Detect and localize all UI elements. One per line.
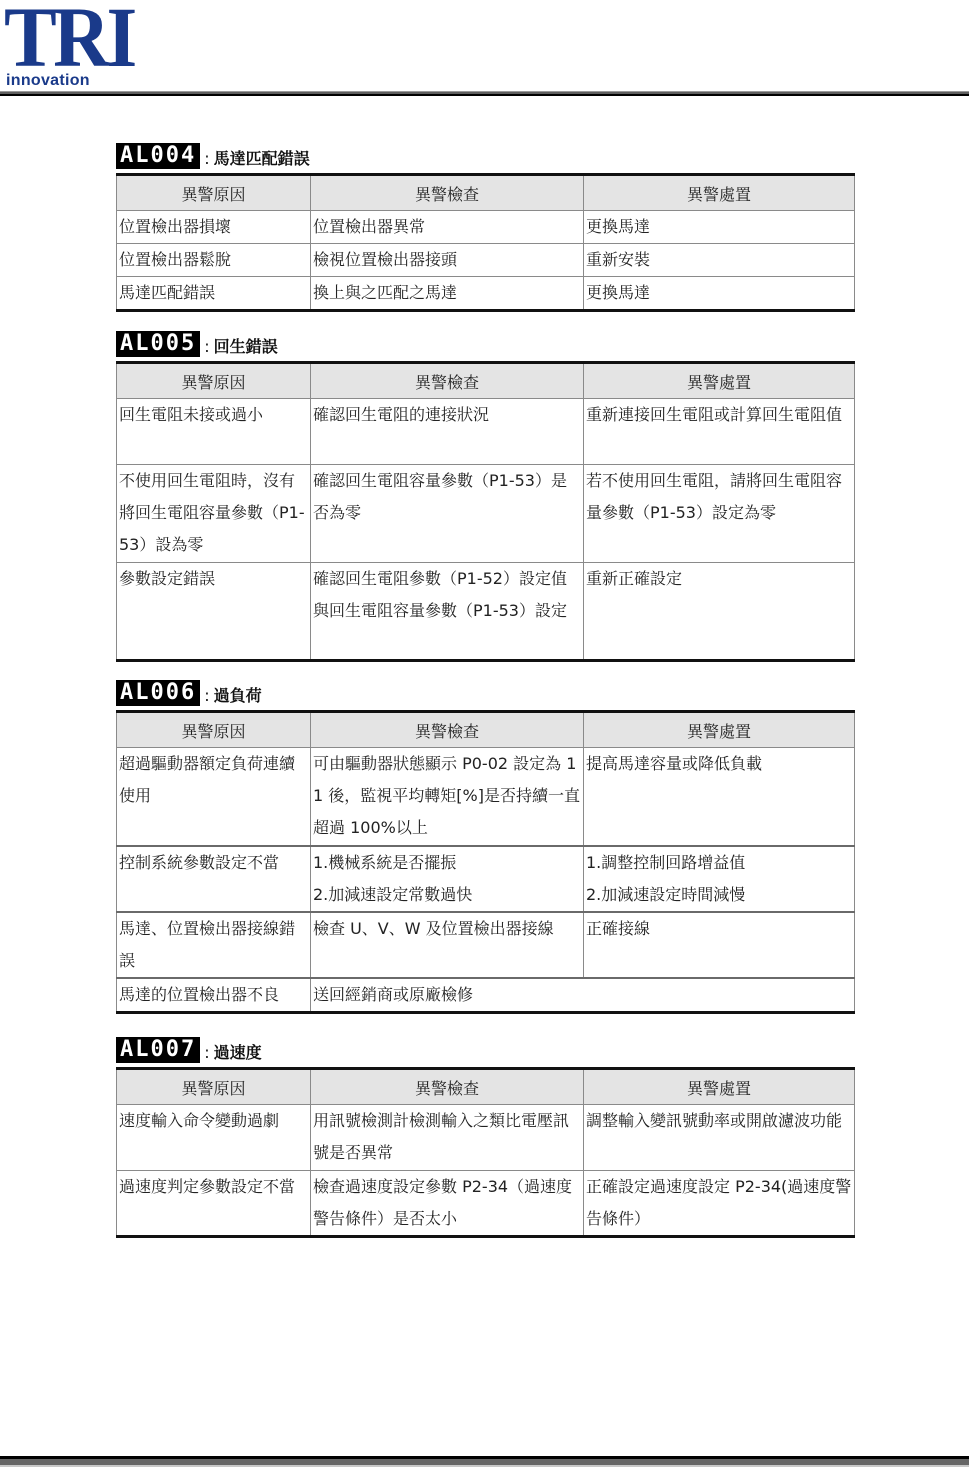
column-header-check: 異警檢查 (311, 712, 584, 748)
table-row: 控制系統參數設定不當 1.機械系統是否擺振 2.加減速設定常數過快 1.調整控制… (117, 846, 855, 912)
alarm-code-badge: AL007 (116, 1037, 200, 1063)
cause-cell: 速度輸入命令變動過劇 (117, 1105, 311, 1171)
check-cell: 可由驅動器狀態顯示 P0-02 設定為 11 後，監視平均轉矩[%]是否持續一直… (311, 748, 584, 846)
footer-divider (0, 1456, 969, 1467)
column-header-check: 異警檢查 (311, 363, 584, 399)
action-cell: 更換馬達 (584, 211, 855, 244)
action-cell: 正確設定過速度設定 P2-34(過速度警告條件） (584, 1171, 855, 1237)
logo-wordmark: TRI (4, 4, 107, 70)
alarm-section-al005: AL005 :回生錯誤 異警原因 異警檢查 異警處置 回生電阻未接或過小 確認回… (116, 325, 854, 662)
action-cell: 更換馬達 (584, 277, 855, 311)
column-header-cause: 異警原因 (117, 712, 311, 748)
action-cell: 調整輸入變訊號動率或開啟濾波功能 (584, 1105, 855, 1171)
alarm-title: :過負荷 (204, 686, 261, 706)
check-cell: 確認回生電阻容量參數（P1-53）是否為零 (311, 465, 584, 563)
alarm-table: 異警原因 異警檢查 異警處置 超過驅動器額定負荷連續使用 可由驅動器狀態顯示 P… (116, 710, 855, 1014)
check-cell: 位置檢出器異常 (311, 211, 584, 244)
table-row: 超過驅動器額定負荷連續使用 可由驅動器狀態顯示 P0-02 設定為 11 後，監… (117, 748, 855, 846)
column-header-action: 異警處置 (584, 175, 855, 211)
cause-cell: 參數設定錯誤 (117, 563, 311, 661)
table-row: 位置檢出器鬆脫 檢視位置檢出器接頭 重新安裝 (117, 244, 855, 277)
check-cell: 檢查過速度設定參數 P2-34（過速度警告條件）是否太小 (311, 1171, 584, 1237)
logo-tagline: innovation (6, 72, 90, 90)
cause-cell: 超過驅動器額定負荷連續使用 (117, 748, 311, 846)
cause-cell: 回生電阻未接或過小 (117, 399, 311, 465)
table-header-row: 異警原因 異警檢查 異警處置 (117, 712, 855, 748)
cause-cell: 馬達、位置檢出器接線錯誤 (117, 912, 311, 978)
cause-cell: 控制系統參數設定不當 (117, 846, 311, 912)
cause-cell: 馬達匹配錯誤 (117, 277, 311, 311)
action-cell: 重新安裝 (584, 244, 855, 277)
company-logo: TRI innovation (4, 4, 116, 88)
alarm-table: 異警原因 異警檢查 異警處置 回生電阻未接或過小 確認回生電阻的連接狀況 重新連… (116, 361, 855, 662)
check-cell: 檢查 U、V、W 及位置檢出器接線 (311, 912, 584, 978)
table-row: 不使用回生電阻時，沒有將回生電阻容量參數（P1-53）設為零 確認回生電阻容量參… (117, 465, 855, 563)
alarm-title: :馬達匹配錯誤 (204, 149, 309, 169)
table-header-row: 異警原因 異警檢查 異警處置 (117, 175, 855, 211)
alarm-table: 異警原因 異警檢查 異警處置 位置檢出器損壞 位置檢出器異常 更換馬達 位置檢出… (116, 173, 855, 312)
header-divider (0, 91, 969, 96)
table-row: 速度輸入命令變動過劇 用訊號檢測計檢測輸入之類比電壓訊號是否異常 調整輸入變訊號… (117, 1105, 855, 1171)
check-cell: 檢視位置檢出器接頭 (311, 244, 584, 277)
column-header-action: 異警處置 (584, 1069, 855, 1105)
check-cell: 換上與之匹配之馬達 (311, 277, 584, 311)
cause-cell: 馬達的位置檢出器不良 (117, 978, 311, 1013)
action-cell: 重新連接回生電阻或計算回生電阻值 (584, 399, 855, 465)
table-row: 位置檢出器損壞 位置檢出器異常 更換馬達 (117, 211, 855, 244)
column-header-cause: 異警原因 (117, 363, 311, 399)
action-cell: 重新正確設定 (584, 563, 855, 661)
table-row: 參數設定錯誤 確認回生電阻參數（P1-52）設定值與回生電阻容量參數（P1-53… (117, 563, 855, 661)
cause-cell: 不使用回生電阻時，沒有將回生電阻容量參數（P1-53）設為零 (117, 465, 311, 563)
alarm-title: :回生錯誤 (204, 337, 277, 357)
alarm-table: 異警原因 異警檢查 異警處置 速度輸入命令變動過劇 用訊號檢測計檢測輸入之類比電… (116, 1067, 855, 1238)
action-cell: 正確接線 (584, 912, 855, 978)
alarm-section-al004: AL004 :馬達匹配錯誤 異警原因 異警檢查 異警處置 位置檢出器損壞 位置檢… (116, 137, 854, 312)
alarm-title: :過速度 (204, 1043, 261, 1063)
column-header-action: 異警處置 (584, 363, 855, 399)
table-row: 馬達、位置檢出器接線錯誤 檢查 U、V、W 及位置檢出器接線 正確接線 (117, 912, 855, 978)
table-row: 馬達匹配錯誤 換上與之匹配之馬達 更換馬達 (117, 277, 855, 311)
alarm-code-badge: AL006 (116, 680, 200, 706)
cause-cell: 過速度判定參數設定不當 (117, 1171, 311, 1237)
action-cell: 提高馬達容量或降低負載 (584, 748, 855, 846)
check-cell: 1.機械系統是否擺振 2.加減速設定常數過快 (311, 846, 584, 912)
cause-cell: 位置檢出器鬆脫 (117, 244, 311, 277)
column-header-cause: 異警原因 (117, 1069, 311, 1105)
cause-cell: 位置檢出器損壞 (117, 211, 311, 244)
column-header-action: 異警處置 (584, 712, 855, 748)
action-cell: 1.調整控制回路增益值 2.加減速設定時間減慢 (584, 846, 855, 912)
column-header-cause: 異警原因 (117, 175, 311, 211)
column-header-check: 異警檢查 (311, 1069, 584, 1105)
table-row: 過速度判定參數設定不當 檢查過速度設定參數 P2-34（過速度警告條件）是否太小… (117, 1171, 855, 1237)
table-header-row: 異警原因 異警檢查 異警處置 (117, 363, 855, 399)
table-row: 回生電阻未接或過小 確認回生電阻的連接狀況 重新連接回生電阻或計算回生電阻值 (117, 399, 855, 465)
table-header-row: 異警原因 異警檢查 異警處置 (117, 1069, 855, 1105)
action-cell: 若不使用回生電阻，請將回生電阻容量參數（P1-53）設定為零 (584, 465, 855, 563)
alarm-code-badge: AL004 (116, 143, 200, 169)
check-cell: 確認回生電阻參數（P1-52）設定值與回生電阻容量參數（P1-53）設定 (311, 563, 584, 661)
column-header-check: 異警檢查 (311, 175, 584, 211)
alarm-section-al006: AL006 :過負荷 異警原因 異警檢查 異警處置 超過驅動器額定負荷連續使用 … (116, 674, 854, 1014)
alarm-section-al007: AL007 :過速度 異警原因 異警檢查 異警處置 速度輸入命令變動過劇 用訊號… (116, 1031, 854, 1238)
check-cell: 確認回生電阻的連接狀況 (311, 399, 584, 465)
table-row: 馬達的位置檢出器不良 送回經銷商或原廠檢修 (117, 978, 855, 1013)
check-cell: 用訊號檢測計檢測輸入之類比電壓訊號是否異常 (311, 1105, 584, 1171)
alarm-code-badge: AL005 (116, 331, 200, 357)
check-action-cell: 送回經銷商或原廠檢修 (311, 978, 855, 1013)
